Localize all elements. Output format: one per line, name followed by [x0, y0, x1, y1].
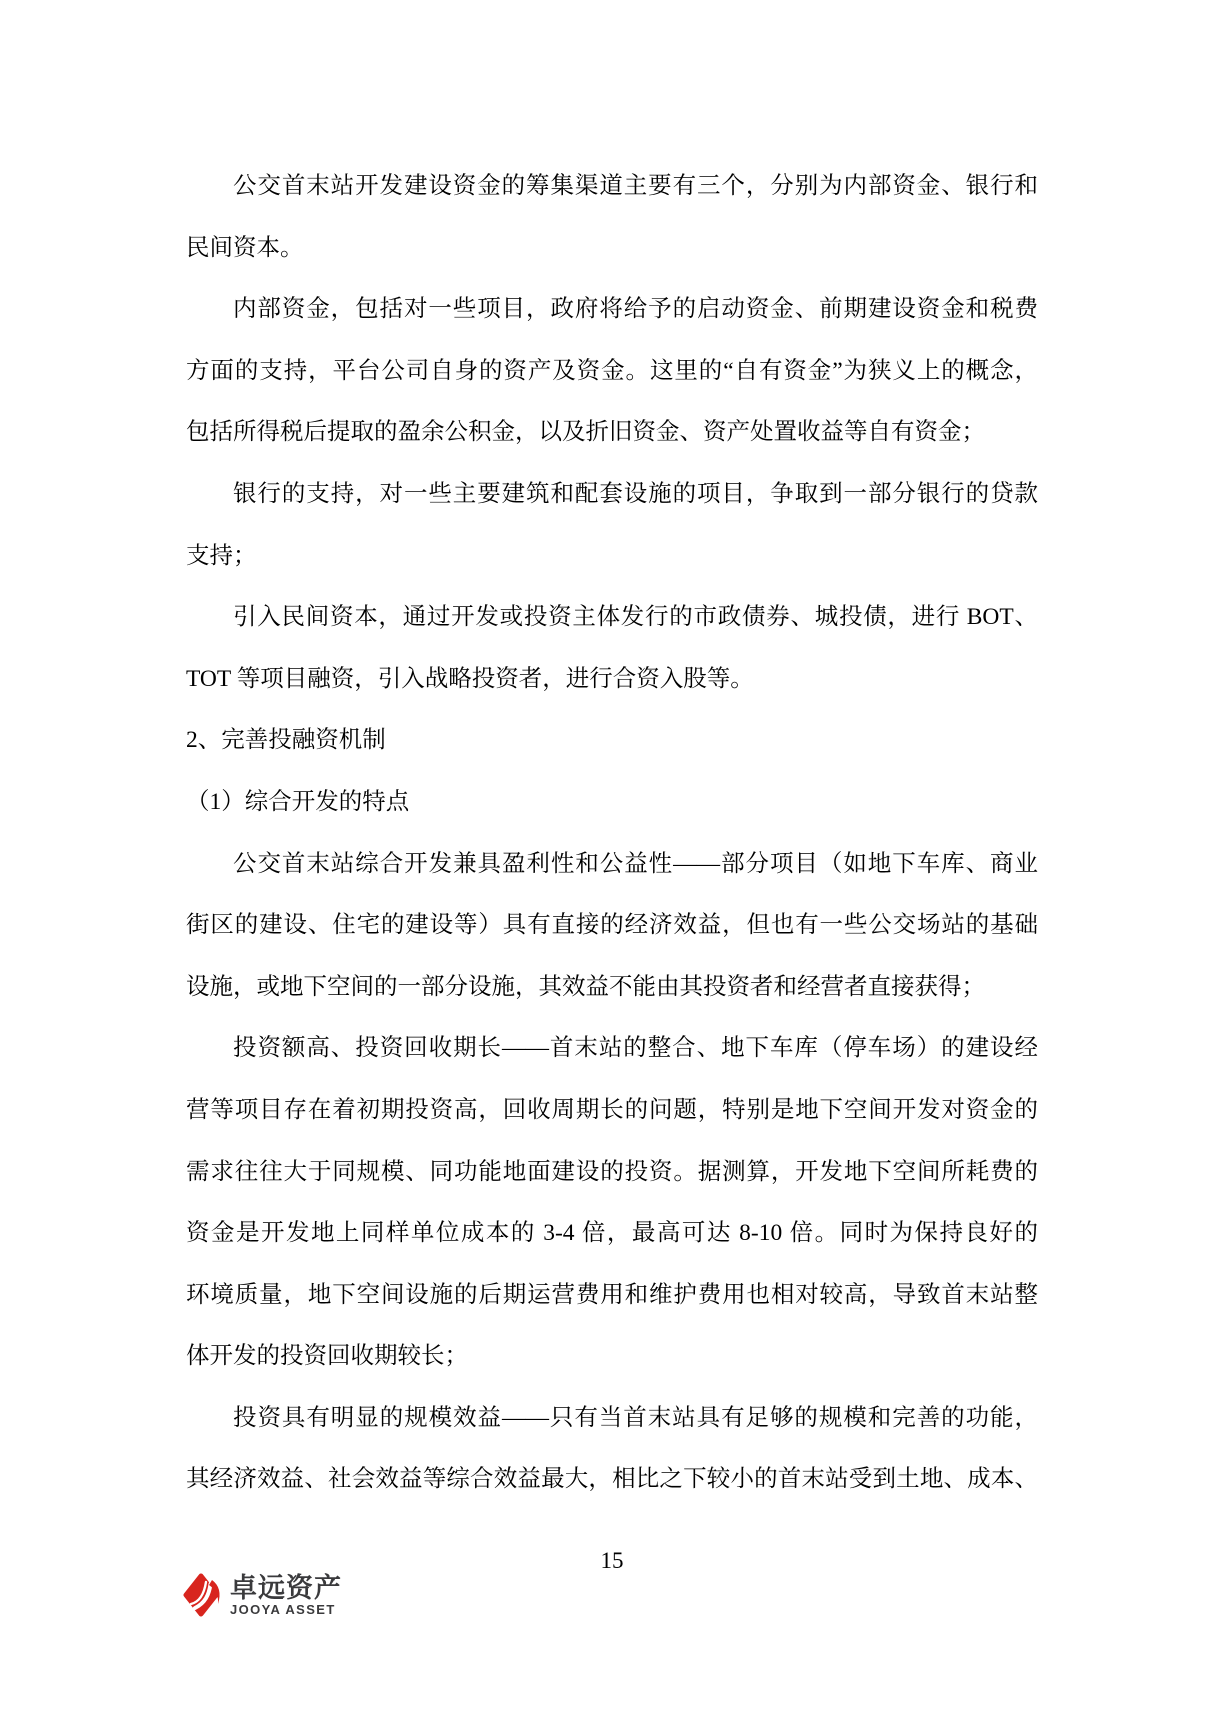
company-logo: 卓远资产 JOOYA ASSET — [183, 1572, 342, 1622]
text-line: 环境质量，地下空间设施的后期运营费用和维护费用也相对较高，导致首末站整 — [186, 1265, 1038, 1327]
red-diamond-swoosh-icon — [183, 1572, 225, 1622]
text-line: 其经济效益、社会效益等综合效益最大，相比之下较小的首末站受到土地、成本、 — [186, 1449, 1038, 1511]
text-line: 公交首末站综合开发兼具盈利性和公益性——部分项目（如地下车库、商业 — [186, 834, 1038, 896]
text-line: 方面的支持，平台公司自身的资产及资金。这里的“自有资金”为狭义上的概念， — [186, 341, 1038, 403]
page-number: 15 — [0, 1547, 1224, 1575]
text-line: 引入民间资本，通过开发或投资主体发行的市政债券、城投债，进行 BOT、 — [186, 587, 1038, 649]
text-line: 设施，或地下空间的一部分设施，其效益不能由其投资者和经营者直接获得； — [186, 957, 1038, 1019]
text-line: 投资具有明显的规模效益——只有当首末站具有足够的规模和完善的功能， — [186, 1388, 1038, 1450]
subsection-heading: （1）综合开发的特点 — [186, 772, 1038, 834]
text-line: 公交首末站开发建设资金的筹集渠道主要有三个，分别为内部资金、银行和 — [186, 156, 1038, 218]
text-line: 投资额高、投资回收期长——首末站的整合、地下车库（停车场）的建设经 — [186, 1018, 1038, 1080]
text-line: 资金是开发地上同样单位成本的 3-4 倍，最高可达 8-10 倍。同时为保持良好… — [186, 1203, 1038, 1265]
document-body: 公交首末站开发建设资金的筹集渠道主要有三个，分别为内部资金、银行和 民间资本。 … — [186, 156, 1038, 1511]
section-heading: 2、完善投融资机制 — [186, 710, 1038, 772]
text-line: 营等项目存在着初期投资高，回收周期长的问题，特别是地下空间开发对资金的 — [186, 1080, 1038, 1142]
text-line: 街区的建设、住宅的建设等）具有直接的经济效益，但也有一些公交场站的基础 — [186, 895, 1038, 957]
text-line: TOT 等项目融资，引入战略投资者，进行合资入股等。 — [186, 649, 1038, 711]
logo-cn-name: 卓远资产 — [230, 1576, 342, 1600]
logo-en-name: JOOYA ASSET — [230, 1603, 342, 1616]
document-page: 公交首末站开发建设资金的筹集渠道主要有三个，分别为内部资金、银行和 民间资本。 … — [0, 0, 1224, 1720]
text-line: 民间资本。 — [186, 218, 1038, 280]
text-line: 支持； — [186, 526, 1038, 588]
text-line: 内部资金，包括对一些项目，政府将给予的启动资金、前期建设资金和税费 — [186, 279, 1038, 341]
text-line: 银行的支持，对一些主要建筑和配套设施的项目，争取到一部分银行的贷款 — [186, 464, 1038, 526]
text-line: 需求往往大于同规模、同功能地面建设的投资。据测算，开发地下空间所耗费的 — [186, 1142, 1038, 1204]
text-line: 包括所得税后提取的盈余公积金，以及折旧资金、资产处置收益等自有资金； — [186, 402, 1038, 464]
text-line: 体开发的投资回收期较长； — [186, 1326, 1038, 1388]
logo-text: 卓远资产 JOOYA ASSET — [230, 1572, 342, 1616]
